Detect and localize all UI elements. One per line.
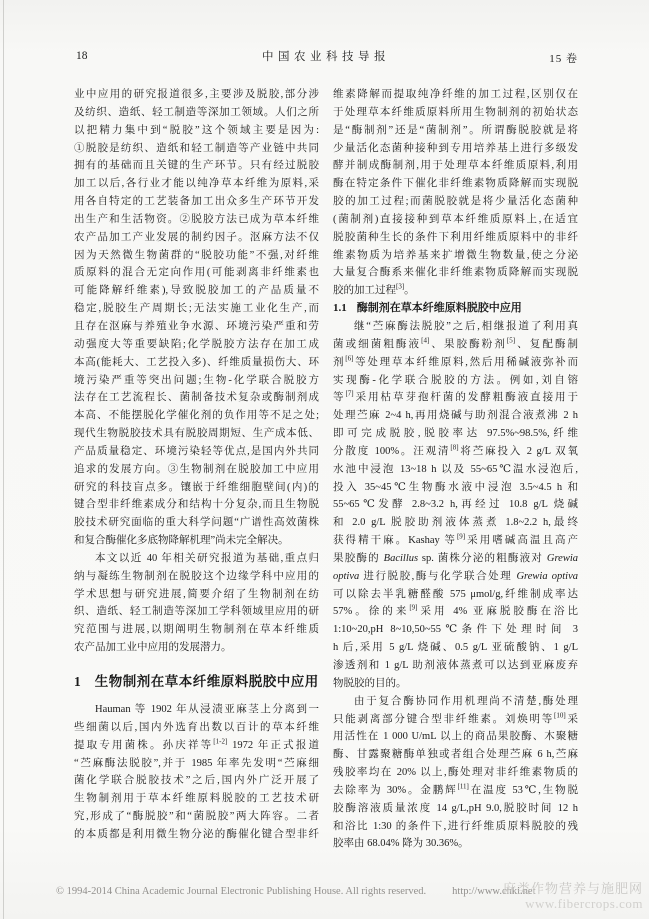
text-line: 产品质量稳定、环境污染轻等优点,是国内外共同 (74, 443, 319, 461)
text-line: 本文以近 40 年相关研究报道为基础,重点归 (74, 550, 319, 568)
text-line: 维素物质为培养基来扩增微生物数量,使之分泌 (333, 247, 578, 265)
left-column: 业中应用的研究报道很多,主要涉及脱胶,部分涉及纺织、造纸、轻工制造等深加工领域。… (74, 86, 319, 853)
text-line: (菌制剂)直接接种到草本纤维质原料上,在适宜 (333, 211, 578, 229)
text-line: 酶、甘露聚糖酶单独或者组合处理苎麻 6 h,苎麻 (333, 746, 578, 764)
text-line: 1:10~20,pH 8~10,50~55℃条件下处理时间 3 (333, 621, 578, 639)
text-line: 分散度 100%。汪观清[8]将苎麻投入 2 g/L 双氧 (333, 443, 578, 461)
text-line: 出生产和生活物资。②脱胶方法已成为草本纤维 (74, 211, 319, 229)
right-column: 维素降解而提取纯净纤维的加工过程,区别仅在于处理草本纤维质原料所用生物制剂的初始… (333, 86, 578, 853)
text-line: 和 2.0 g/L 脱胶助剂液体蒸煮 1.8~2.2 h,最终 (333, 514, 578, 532)
text-line: 本高(能耗大、工艺投入多)、纤维质量损伤大、环 (74, 354, 319, 372)
text-line: 酶在特定条件下催化非纤维素物质降解而实现脱 (333, 175, 578, 193)
text-line: 菌化学联合脱胶技术”之后,国内外广泛开展了 (74, 772, 319, 790)
text-line: 57%。徐的来[9]采用 4% 亚麻脱胶酶在浴比 (333, 603, 578, 621)
copyright-notice: © 1994-2014 China Academic Journal Elect… (56, 886, 426, 897)
text-line: Hauman 等 1902 年从浸渍亚麻茎上分离到一 (74, 701, 319, 719)
copyright-footer: © 1994-2014 China Academic Journal Elect… (56, 886, 535, 897)
text-line: 因为天然微生物菌群的“脱胶功能”不强,对纤维 (74, 247, 319, 265)
text-line: 胶的加工过程;而菌脱胶就是将少量活化态菌种 (333, 193, 578, 211)
text-line: 由于复合酶协同作用机理尚不清楚,酶处理 (333, 693, 578, 711)
text-line: 只能剥离部分键合型非纤维素。刘焕明等[10]采 (333, 711, 578, 729)
journal-title: 中国农业科技导报 (262, 48, 390, 64)
text-line: 质原料的混合无定向作用(可能剥离非纤维素也 (74, 264, 319, 282)
watermark: 麻类作物营养与施肥网 www.fibercrops.com (503, 881, 643, 911)
text-line: optiva 进行脱胶,酶与化学联合处理 Grewia optiva (333, 568, 578, 586)
text-line: 农产品加工业中应用的发展潜力。 (74, 639, 319, 657)
text-line: 胶酶溶液质量浓度 14 g/L,pH 9.0,脱胶时间 12 h (333, 800, 578, 818)
text-line: 用各自特定的工艺装备加工出众多生产环节开发 (74, 193, 319, 211)
text-line: 生物制剂用于草本纤维原料脱胶的工艺技术研 (74, 790, 319, 808)
text-line: 和复合酶催化多底物降解机理”尚未完全解决。 (74, 532, 319, 550)
text-line: “苎麻酶法脱胶”,并于 1985 年率先发明“苎麻细 (74, 755, 319, 773)
text-line: 于处理草本纤维质原料所用生物制剂的初始状态 (333, 104, 578, 122)
text-line: 织、造纸、轻工制造等深加工学科领域里应用的研 (74, 603, 319, 621)
text-line: 及纺织、造纸、轻工制造等深加工领域。人们之所 (74, 104, 319, 122)
volume-label: 15 卷 (549, 50, 578, 66)
text-line: 少量活化态菌种接种到专用培养基上进行多级发 (333, 140, 578, 158)
text-line: 去除率为 30%。金鹏辉[11]在温度 53℃,生物脱 (333, 782, 578, 800)
scan-edge-line (3, 0, 4, 919)
text-line: 拥有的基础而且关键的生产环节。只有经过脱胶 (74, 157, 319, 175)
text-line: 水池中浸泡 13~18 h 以及 55~65℃温水浸泡后, (333, 461, 578, 479)
text-line: 获得精干麻。Kashay 等[9]采用嗜碱高温且高产 (333, 532, 578, 550)
text-line: 维素降解而提取纯净纤维的加工过程,区别仅在 (333, 86, 578, 104)
text-line: 法存在工艺流程长、菌制备技术复杂或酶制剂成 (74, 389, 319, 407)
text-line: 本高、不能摆脱化学催化剂的负作用等不足之处; (74, 407, 319, 425)
body-columns: 业中应用的研究报道很多,主要涉及脱胶,部分涉及纺织、造纸、轻工制造等深加工领域。… (74, 86, 578, 853)
text-line: 键合型非纤维素成分和结构十分复杂,而且生物脱 (74, 496, 319, 514)
text-line: 胶技术研究面临的重大科学问题“广谱性高效菌株 (74, 514, 319, 532)
watermark-site-name: 麻类作物营养与施肥网 (503, 881, 643, 896)
section-heading: 1.1酶制剂在草本纤维原料脱胶中应用 (333, 300, 578, 318)
text-line: 学术思想与研究进展,简要介绍了生物制剂在纺 (74, 586, 319, 604)
text-line: 55~65℃发酵 2.8~3.2 h,再经过 10.8 g/L 烧碱 (333, 496, 578, 514)
text-line: 渗透剂和 1 g/L 助剂液体蒸煮可以达到亚麻废弃 (333, 657, 578, 675)
page-number: 18 (76, 50, 88, 62)
text-line: 研究的科技盲点多。镶嵌于纤维细胞壁间(内)的 (74, 479, 319, 497)
text-line: 追求的发展方向。③生物制剂在脱胶加工中应用 (74, 461, 319, 479)
text-line: 稳定,脱胶生产周期长;无法实施工业化生产,而 (74, 300, 319, 318)
text-line: 酵并制成酶制剂,用于处理草本纤维质原料,利用 (333, 157, 578, 175)
text-line: 用活性在 1 000 U/mL 以上的商品果胶酶、木聚糖 (333, 728, 578, 746)
text-line: 可能降解纤维素),导致脱胶加工的产品质量不 (74, 282, 319, 300)
text-line: 投入 35~45℃生物酶水液中浸泡 3.5~4.5 h 和 (333, 479, 578, 497)
text-line: 究范围与进展,以期阐明生物制剂在草本纤维质 (74, 621, 319, 639)
text-line: 处理苎麻 2~4 h,再用烧碱与助剂混合液煮沸 2 h (333, 407, 578, 425)
text-line: 等[7]采用枯草芽孢杆菌的发酵粗酶液直接用于 (333, 389, 578, 407)
text-line: 以把精力集中到“脱胶”这个领域主要是因为: (74, 122, 319, 140)
text-line: 业中应用的研究报道很多,主要涉及脱胶,部分涉 (74, 86, 319, 104)
text-line: ①脱胶是纺织、造纸和轻工制造等产业链中共同 (74, 140, 319, 158)
text-line: 胶的加工过程[3]。 (333, 282, 578, 300)
section-heading: 1生物制剂在草本纤维原料脱胶中应用 (74, 670, 319, 690)
text-line: 纳与凝练生物制剂在脱胶这个边缘学科中应用的 (74, 568, 319, 586)
text-line: 残胶率均在 20% 以上,酶处理对非纤维素物质的 (333, 764, 578, 782)
text-line: 动强度大等重要缺陷;化学脱胶方法存在加工成 (74, 336, 319, 354)
text-line: 果胶酶的 Bacillus sp. 菌株分泌的粗酶液对 Grewia (333, 550, 578, 568)
text-line: 且存在沤麻与养殖业争水源、环境污染严重和劳 (74, 318, 319, 336)
text-line: 剂[6]等处理草本纤维原料,然后用稀碱液弥补而 (333, 354, 578, 372)
watermark-site-url: www.fibercrops.com (503, 896, 643, 911)
page-header: 18 中国农业科技导报 15 卷 (74, 48, 578, 66)
text-line: 加工以后,各行业才能以纯净草本纤维为原料,采 (74, 175, 319, 193)
text-line: 继“苎麻酶法脱胶”之后,相继报道了利用真 (333, 318, 578, 336)
text-line: 实现酶-化学联合脱胶的方法。例如,刘自镕 (333, 372, 578, 390)
text-line: 胶率由 68.04% 降为 30.36%。 (333, 835, 578, 853)
text-line: 菌或细菌粗酶液[4]、果胶酶粉剂[5]、复配酶制 (333, 336, 578, 354)
text-line: 些细菌以后,国内外选育出数以百计的草本纤维 (74, 719, 319, 737)
text-line: 物脱胶的目的。 (333, 675, 578, 693)
text-line: 提取专用菌株。孙庆祥等[1-2] 1972 年正式报道 (74, 737, 319, 755)
text-line: 大量复合酶系来催化非纤维素物质降解而实现脱 (333, 264, 578, 282)
text-line: 脱胶菌种生长的条件下利用纤维质原料中的非纤 (333, 229, 578, 247)
text-line: 现代生物脱胶技术具有脱胶周期短、生产成本低、 (74, 425, 319, 443)
text-line: 的本质都是利用微生物分泌的酶催化键合型非纤 (74, 826, 319, 844)
text-line: 和浴比 1:30 的条件下,进行纤维质原料脱胶的残 (333, 818, 578, 836)
text-line: 农产品加工产业发展的制约因子。沤麻方法不仅 (74, 229, 319, 247)
text-line: h 后,采用 5 g/L 烧碱、0.5 g/L 亚硫酸钠、1 g/L (333, 639, 578, 657)
text-line: 境污染严重等突出问题;生物-化学联合脱胶方 (74, 372, 319, 390)
text-line: 究,形成了“酶脱胶”和“菌脱胶”两大阵容。二者 (74, 808, 319, 826)
text-line: 即可完成脱胶,脱胶率达 97.5%~98.5%,纤维 (333, 425, 578, 443)
text-line: 是“酶制剂”还是“菌制剂”。所谓酶脱胶就是将 (333, 122, 578, 140)
scanned-journal-page: 18 中国农业科技导报 15 卷 业中应用的研究报道很多,主要涉及脱胶,部分涉及… (0, 0, 649, 919)
text-line: 可以除去半乳糖醛酸 575 μmol/g,纤维制成率达 (333, 586, 578, 604)
